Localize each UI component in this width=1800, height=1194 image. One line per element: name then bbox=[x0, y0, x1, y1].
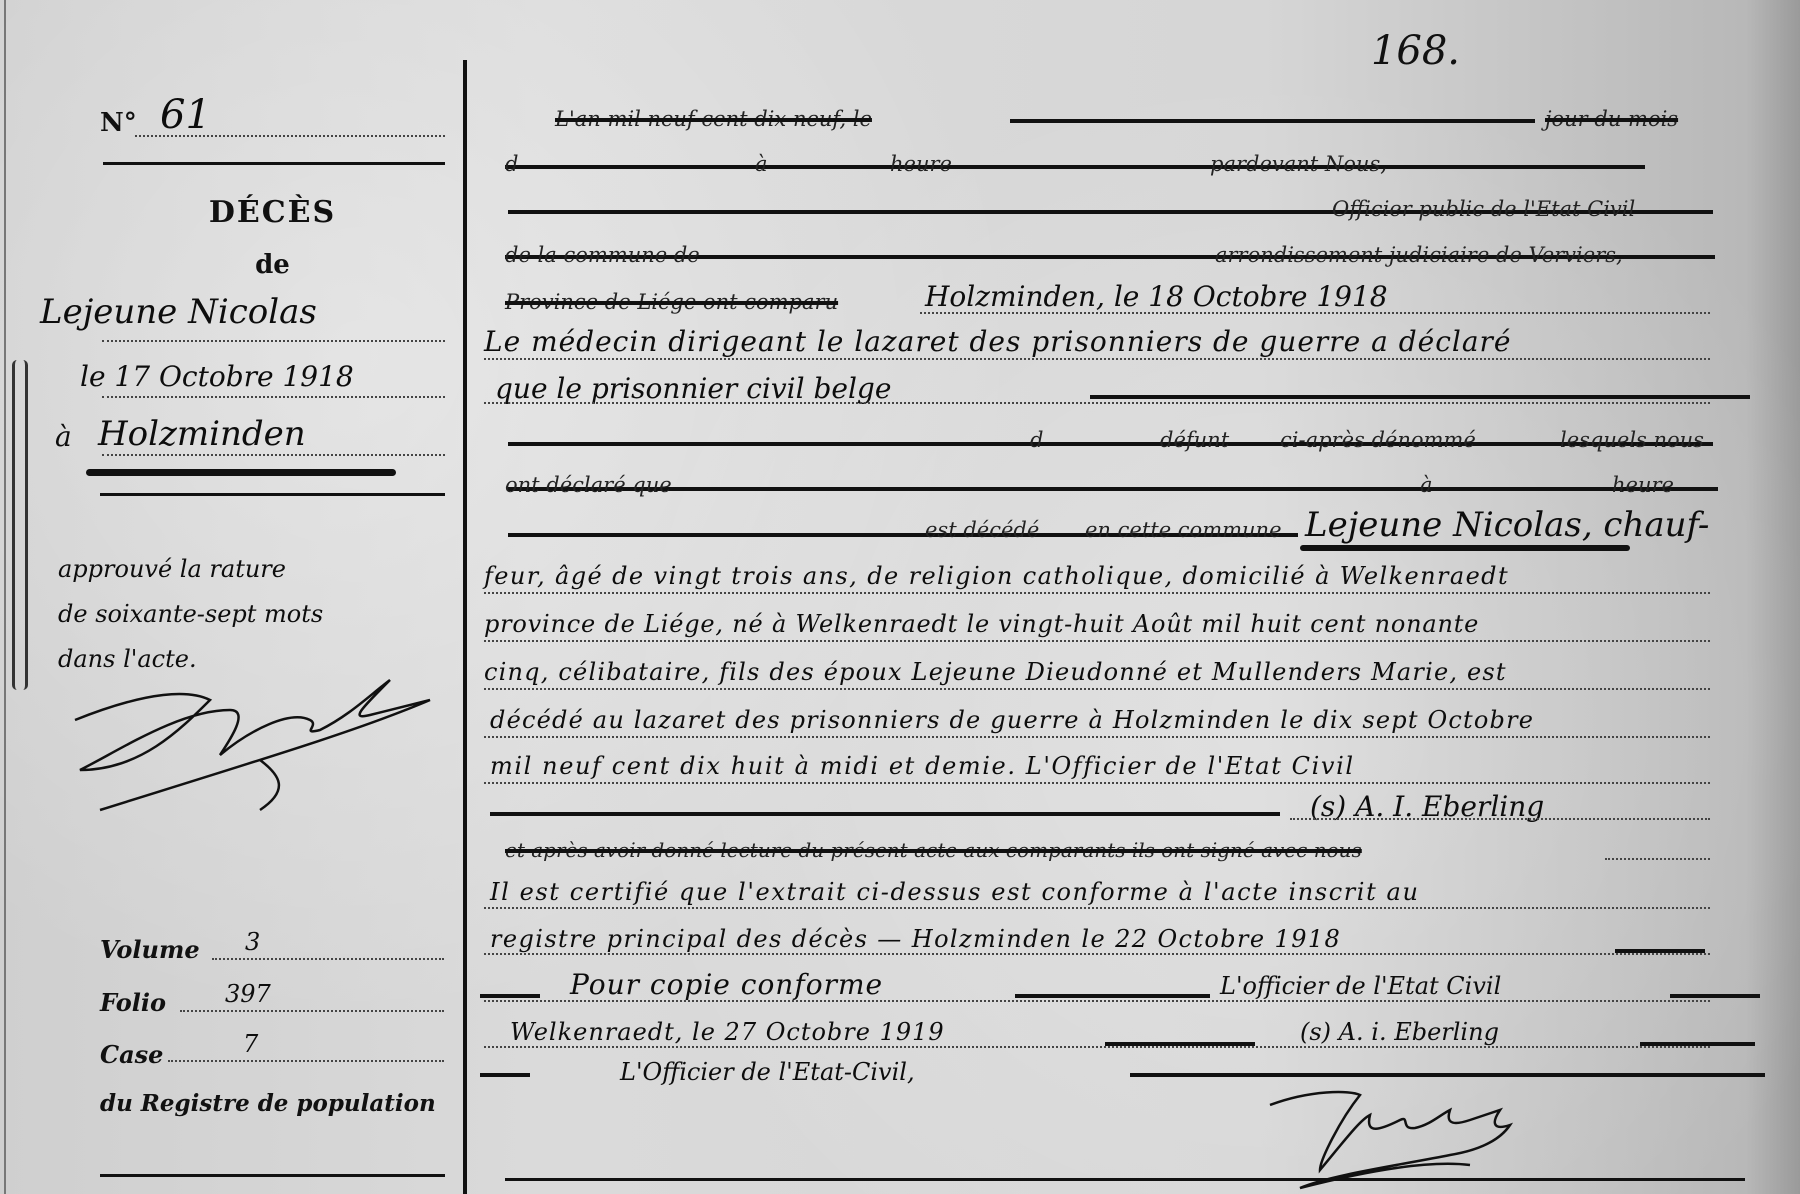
signature-scribble-icon bbox=[60, 660, 440, 810]
binding-stitch bbox=[12, 360, 28, 690]
place-prefix: à bbox=[55, 420, 72, 453]
dotted-line-13 bbox=[484, 688, 1710, 690]
handwritten-deceased-name: Lejeune Nicolas, chauf- bbox=[1305, 505, 1709, 545]
printed-struck-defunt: défunt bbox=[1160, 428, 1229, 452]
printed-struck-d: d bbox=[505, 152, 518, 176]
handwritten-line-15: mil neuf cent dix huit à midi et demie. … bbox=[490, 752, 1355, 780]
column-divider bbox=[463, 60, 467, 1194]
place-of-death: Holzminden bbox=[98, 414, 306, 454]
folio-dotted-line bbox=[180, 1010, 444, 1012]
case-value: 7 bbox=[243, 1030, 258, 1058]
header-section-rule bbox=[100, 493, 445, 496]
act-number-value: 61 bbox=[160, 92, 211, 138]
handwritten-place-date: Holzminden, le 18 Octobre 1918 bbox=[925, 280, 1388, 313]
dotted-line-20 bbox=[484, 1000, 1710, 1002]
dotted-line-17 bbox=[1605, 858, 1710, 860]
dotted-line-11 bbox=[484, 592, 1710, 594]
dotted-line-18 bbox=[484, 907, 1710, 909]
marginal-note-line-1: approuvé la rature bbox=[58, 555, 286, 583]
printed-struck-lesquels: lesquels nous bbox=[1560, 428, 1704, 452]
handwritten-officier-2: L'officier de l'Etat Civil bbox=[1220, 972, 1501, 1000]
strike-bar-9 bbox=[508, 487, 1718, 491]
printed-struck-province: Province de Liége ont comparu bbox=[505, 290, 838, 314]
act-number-label: N° bbox=[100, 108, 137, 138]
marginal-signature bbox=[60, 660, 440, 810]
name-underline bbox=[1300, 545, 1630, 551]
printed-struck-line-1: L'an mil neuf cent dix-neuf, le bbox=[555, 107, 872, 131]
handwritten-line-18: Il est certifié que l'extrait ci-dessus … bbox=[490, 878, 1420, 906]
dotted-line-5 bbox=[920, 312, 1710, 314]
printed-struck-heure: heure bbox=[890, 152, 952, 176]
printed-struck-d-8: d bbox=[1030, 428, 1043, 452]
printed-struck-ci-apres: ci-après dénommé bbox=[1280, 428, 1476, 452]
handwritten-line-13: cinq, célibataire, fils des époux Lejeun… bbox=[484, 658, 1507, 686]
record-type-de: de bbox=[100, 250, 445, 280]
signature-scribble-icon bbox=[1250, 1080, 1670, 1190]
printed-struck-ont-declare: ont déclaré que bbox=[505, 473, 672, 497]
date-dotted-line bbox=[102, 396, 445, 398]
fill-bar-16 bbox=[490, 812, 1280, 816]
handwritten-line-14: décédé au lazaret des prisonniers de gue… bbox=[490, 706, 1534, 734]
fill-bar-22a bbox=[480, 1073, 530, 1077]
handwritten-line-11: feur, âgé de vingt trois ans, de religio… bbox=[484, 562, 1509, 590]
handwritten-officer-signature-2: (s) A. i. Eberling bbox=[1300, 1018, 1499, 1046]
date-of-death: le 17 Octobre 1918 bbox=[80, 360, 354, 393]
page-number: 168. bbox=[1371, 28, 1460, 74]
register-bottom-rule bbox=[100, 1174, 445, 1177]
strike-bar-1 bbox=[1010, 119, 1535, 123]
volume-label: Volume bbox=[100, 935, 200, 964]
folio-label: Folio bbox=[100, 988, 166, 1017]
dotted-line-21 bbox=[484, 1046, 1710, 1048]
act-number-rule bbox=[103, 162, 445, 165]
strike-bar-2 bbox=[505, 165, 1645, 169]
handwritten-line-19: registre principal des décès — Holzminde… bbox=[490, 925, 1341, 953]
dotted-line-7 bbox=[484, 402, 1710, 404]
printed-struck-a-9: à bbox=[1420, 473, 1433, 497]
case-label: Case bbox=[100, 1040, 163, 1069]
dotted-line-19 bbox=[484, 953, 1710, 955]
printed-struck-pardevant: pardevant Nous, bbox=[1210, 152, 1387, 176]
dotted-line-14 bbox=[484, 736, 1710, 738]
printed-struck-a: à bbox=[755, 152, 768, 176]
final-signature bbox=[1250, 1080, 1670, 1190]
printed-struck-commune: de la commune de bbox=[505, 243, 700, 267]
printed-struck-lecture: et après avoir donné lecture du présent … bbox=[505, 838, 1362, 862]
printed-struck-est-decede: est décédé bbox=[925, 518, 1039, 542]
case-dotted-line bbox=[168, 1060, 444, 1062]
handwritten-line-7: que le prisonnier civil belge bbox=[495, 372, 891, 405]
strike-bar-8 bbox=[508, 442, 1713, 446]
handwritten-officier-3: L'Officier de l'Etat-Civil, bbox=[620, 1058, 915, 1086]
printed-struck-heure-9: heure bbox=[1612, 473, 1674, 497]
dotted-line-16 bbox=[1290, 818, 1710, 820]
record-type-title: DÉCÈS bbox=[100, 195, 445, 230]
handwritten-line-6: Le médecin dirigeant le lazaret des pris… bbox=[484, 325, 1512, 358]
dotted-line-6 bbox=[484, 358, 1710, 360]
folio-value: 397 bbox=[225, 980, 271, 1008]
printed-struck-en-cette-commune: en cette commune bbox=[1085, 518, 1282, 542]
handwritten-line-12: province de Liége, né à Welkenraedt le v… bbox=[484, 610, 1479, 638]
printed-struck-officier: Officier public de l'Etat Civil bbox=[1332, 197, 1635, 221]
dotted-line-12 bbox=[484, 640, 1710, 642]
printed-struck-arrondissement: arrondissement judiciaire de Verviers, bbox=[1215, 243, 1623, 267]
deceased-name: Lejeune Nicolas bbox=[40, 292, 317, 332]
fill-bar-20a bbox=[480, 994, 540, 998]
marginal-note-line-2: de soixante-sept mots bbox=[58, 600, 323, 628]
handwritten-pour-copie: Pour copie conforme bbox=[570, 968, 883, 1001]
register-population-label: du Registre de population bbox=[100, 1090, 436, 1117]
volume-value: 3 bbox=[245, 928, 260, 956]
place-dotted-line bbox=[102, 454, 445, 456]
page-edge-line bbox=[4, 0, 6, 1194]
printed-struck-line-1-end: jour du mois bbox=[1545, 107, 1678, 131]
volume-dotted-line bbox=[212, 958, 444, 960]
act-bottom-rule bbox=[505, 1178, 1745, 1181]
dotted-line-15 bbox=[484, 782, 1710, 784]
handwritten-welkenraedt-date: Welkenraedt, le 27 Octobre 1919 bbox=[510, 1018, 945, 1046]
fill-bar-20b bbox=[1015, 994, 1210, 998]
fill-bar-20c bbox=[1670, 994, 1760, 998]
fill-bar-22b bbox=[1130, 1073, 1765, 1077]
place-underline bbox=[86, 469, 396, 476]
name-dotted-line bbox=[102, 340, 445, 342]
fill-bar-7 bbox=[1090, 395, 1750, 399]
act-number-dotted-line bbox=[135, 135, 445, 137]
